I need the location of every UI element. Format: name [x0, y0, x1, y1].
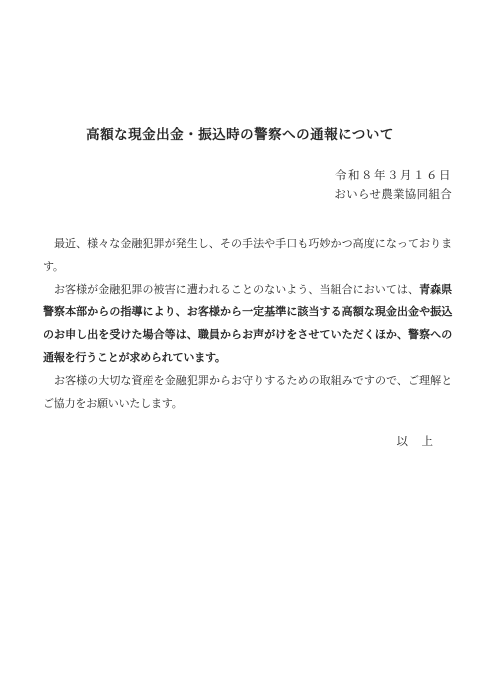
- closing-word: 以 上: [0, 433, 434, 449]
- document-body: 最近、様々な金融犯罪が発生し、その手法や手口も巧妙かつ高度になっております。 お…: [43, 233, 452, 415]
- paragraph-notice-normal-text: お客様が金融犯罪の被害に遭われることのないよう、当組合においては、: [54, 284, 419, 296]
- document-page: 高額な現金出金・振込時の警察への通報について 令和８年３月１６日 おいらせ農業協…: [0, 0, 480, 679]
- paragraph-notice: お客様が金融犯罪の被害に遭われることのないよう、当組合においては、青森県警察本部…: [43, 279, 452, 370]
- document-date: 令和８年３月１６日: [0, 167, 452, 186]
- document-title: 高額な現金出金・振込時の警察への通報について: [0, 127, 480, 143]
- paragraph-intro: 最近、様々な金融犯罪が発生し、その手法や手口も巧妙かつ高度になっております。: [43, 233, 452, 279]
- date-org-block: 令和８年３月１６日 おいらせ農業協同組合: [0, 167, 452, 205]
- paragraph-request: お客様の大切な資産を金融犯罪からお守りするための取組みですので、ご理解とご協力を…: [43, 370, 452, 416]
- organization-name: おいらせ農業協同組合: [0, 186, 452, 205]
